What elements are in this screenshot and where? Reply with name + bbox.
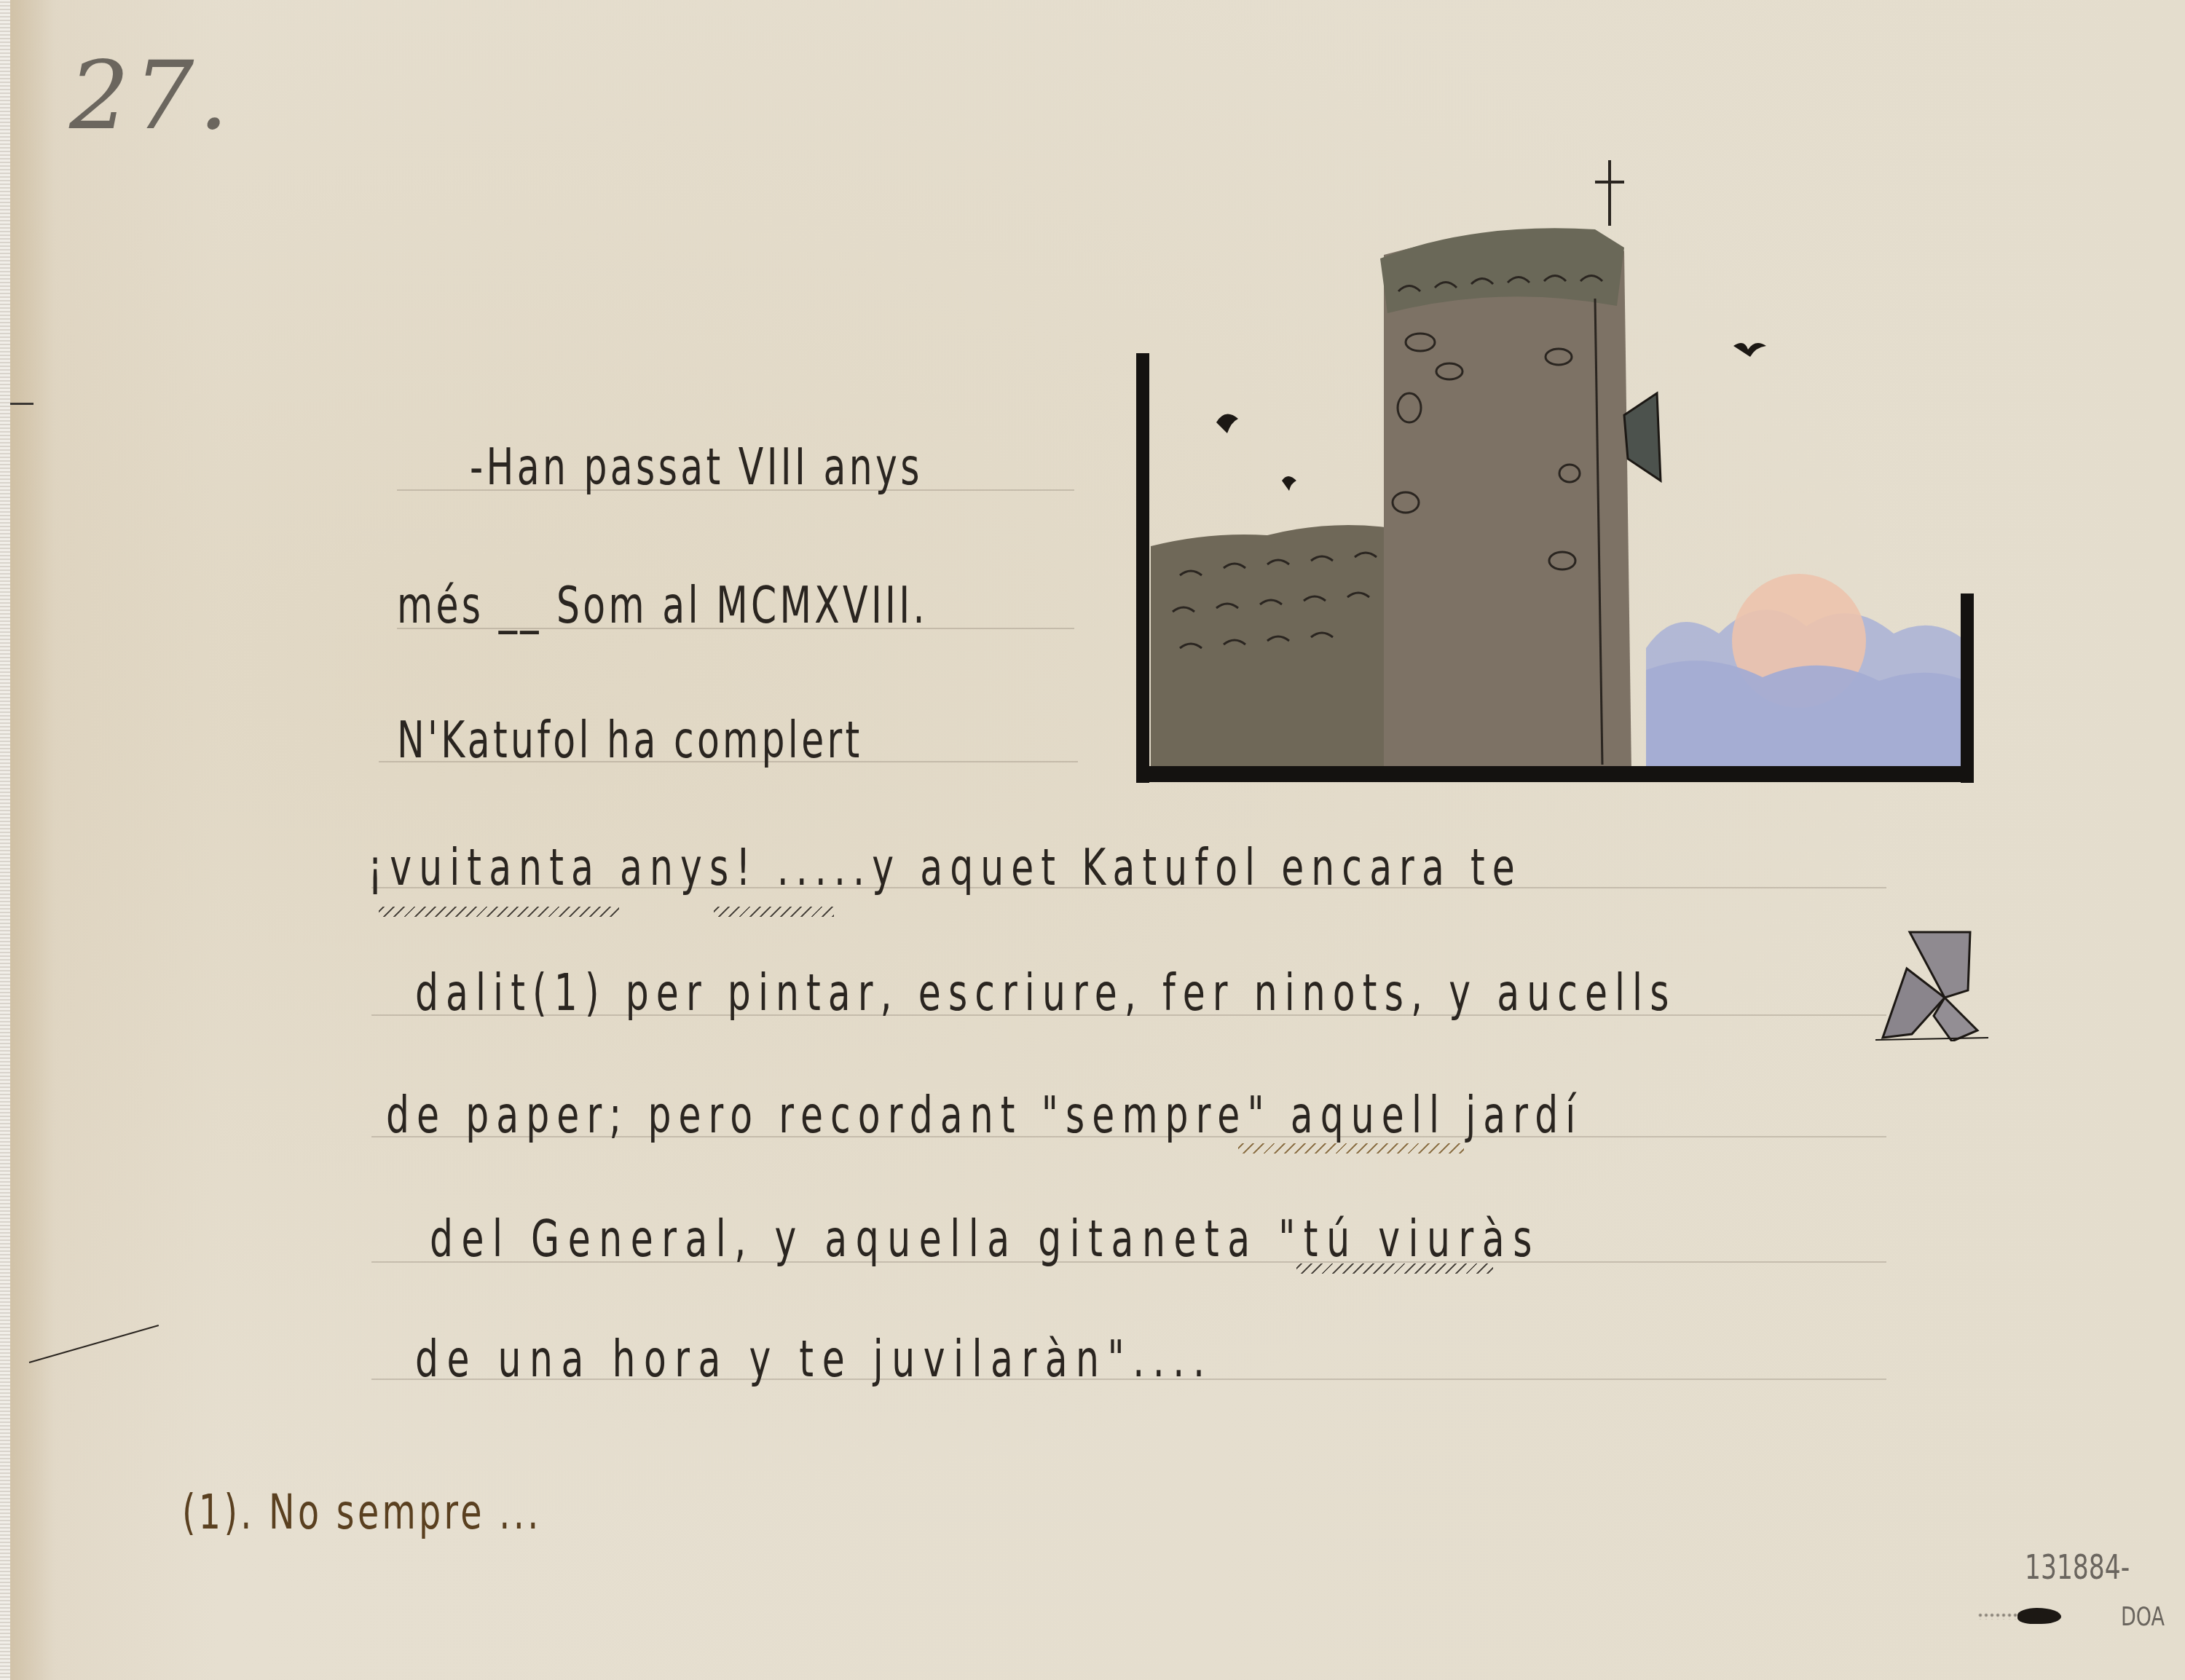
bird-icon [1282,476,1296,491]
bird-icon [1216,414,1238,433]
paper-edge-stain [10,0,54,1680]
text-line-1: -Han passat VIII anys [470,437,923,497]
binding-tape [0,0,10,1680]
cross-icon [1595,160,1624,226]
text-line-8: de una hora y te juvilaràn".... [415,1329,1213,1389]
wavy-underline-anys [714,907,834,917]
ink-blot [2017,1608,2061,1624]
text-line-4: ¡vuitanta anys! .....y aquet Katufol enc… [368,837,1522,897]
wavy-underline-vuitanta [379,907,619,917]
wavy-underline-gitaneta [1296,1263,1493,1274]
text-line-5: dalit(1) per pintar, escriure, fer ninot… [415,963,1677,1022]
footnote: (1). No sempre ... [182,1484,542,1540]
page-number: 27. [69,40,233,151]
bell-tower-drawing [1122,138,2054,808]
text-line-2: més __ Som al MCMXVIII. [397,575,928,635]
bell-tower-illustration [1122,138,2054,808]
wavy-underline-sempre [1238,1143,1464,1153]
archive-number: 131884- [2025,1547,2130,1587]
archive-code: DOA [2121,1602,2165,1632]
origami-bird-icon [1850,918,1996,1041]
manuscript-page: 27. -Han passat VIII anys més __ Som al … [0,0,2185,1680]
bell-icon [1624,393,1661,481]
text-line-7: del General, y aquella gitaneta "tú viur… [430,1209,1540,1269]
paper-bird-drawing [1850,918,1996,1041]
text-line-6: de paper; pero recordant "sempre" aquell… [386,1085,1583,1145]
bird-icon [1733,343,1766,357]
margin-tick-mark [10,403,34,405]
text-line-3: N'Katufol ha complert [397,710,863,770]
